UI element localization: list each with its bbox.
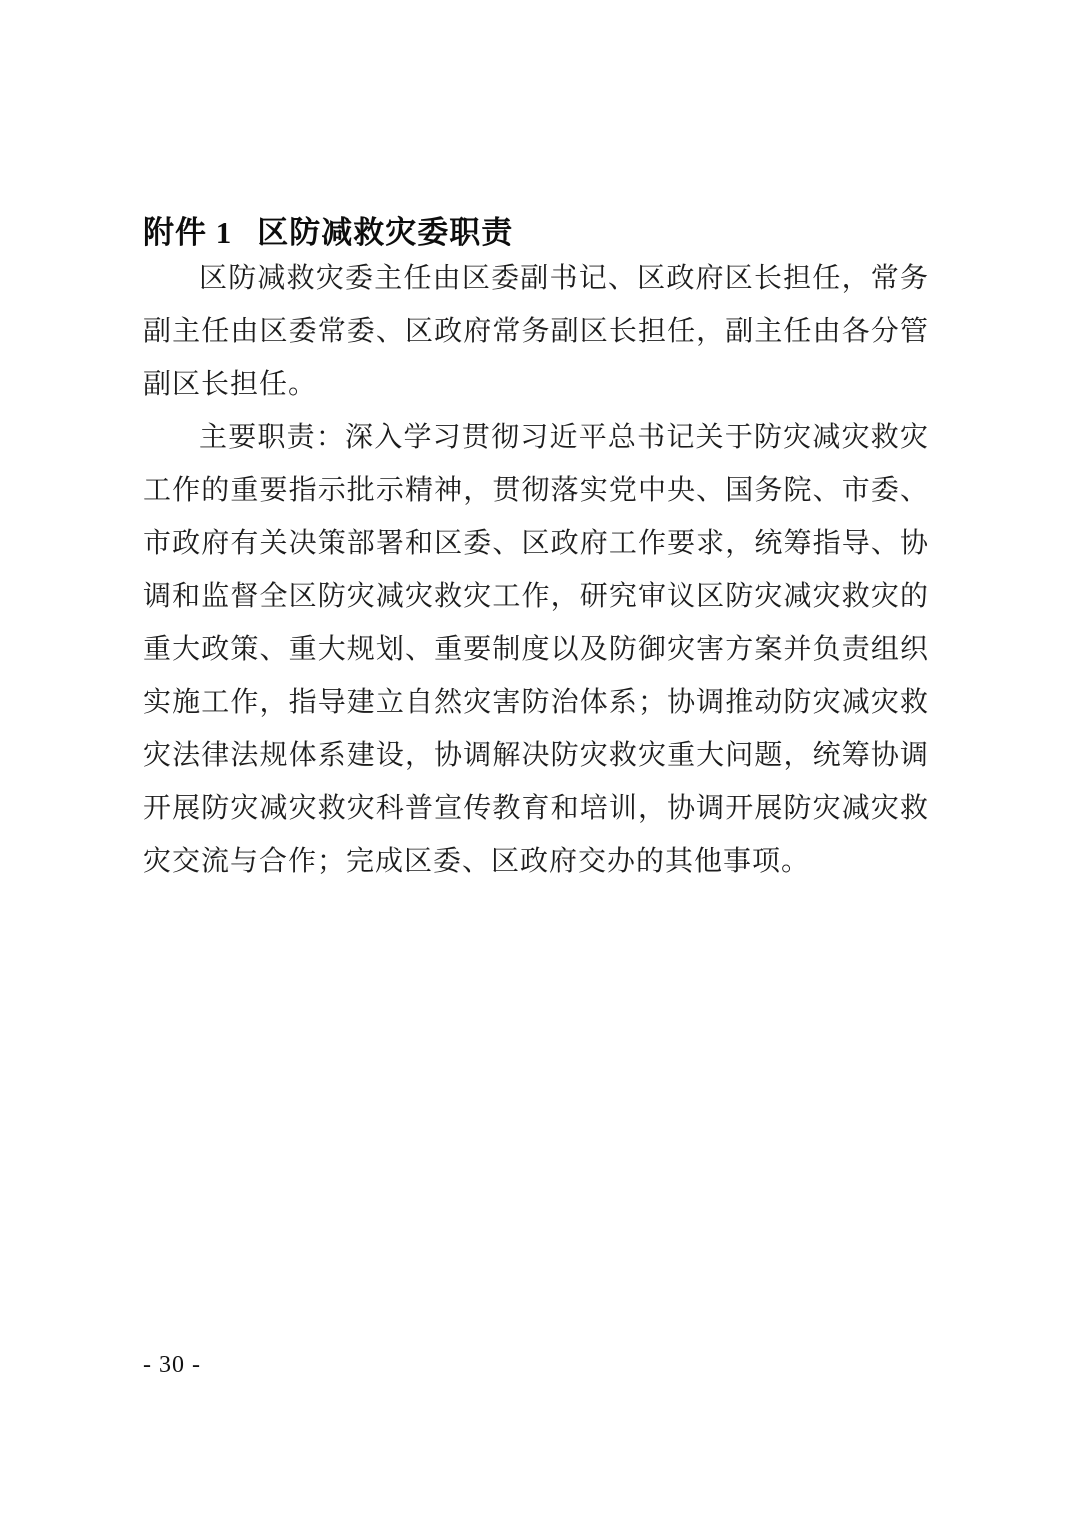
document-page: 附件 1区防减救灾委职责 区防减救灾委主任由区委副书记、区政府区长担任，常务副主… [0, 0, 1074, 1520]
body-paragraph: 主要职责：深入学习贯彻习近平总书记关于防灾减灾救灾工作的重要指示批示精神，贯彻落… [143, 411, 929, 888]
page-number: - 30 - [143, 1350, 201, 1380]
body-paragraph: 区防减救灾委主任由区委副书记、区政府区长担任，常务副主任由区委常委、区政府常务副… [143, 252, 929, 411]
page-title: 附件 1区防减救灾委职责 [143, 211, 513, 255]
attachment-number-label: 附件 1 [143, 215, 232, 250]
attachment-title-text: 区防减救灾委职责 [257, 215, 513, 250]
document-body: 区防减救灾委主任由区委副书记、区政府区长担任，常务副主任由区委常委、区政府常务副… [143, 252, 929, 888]
